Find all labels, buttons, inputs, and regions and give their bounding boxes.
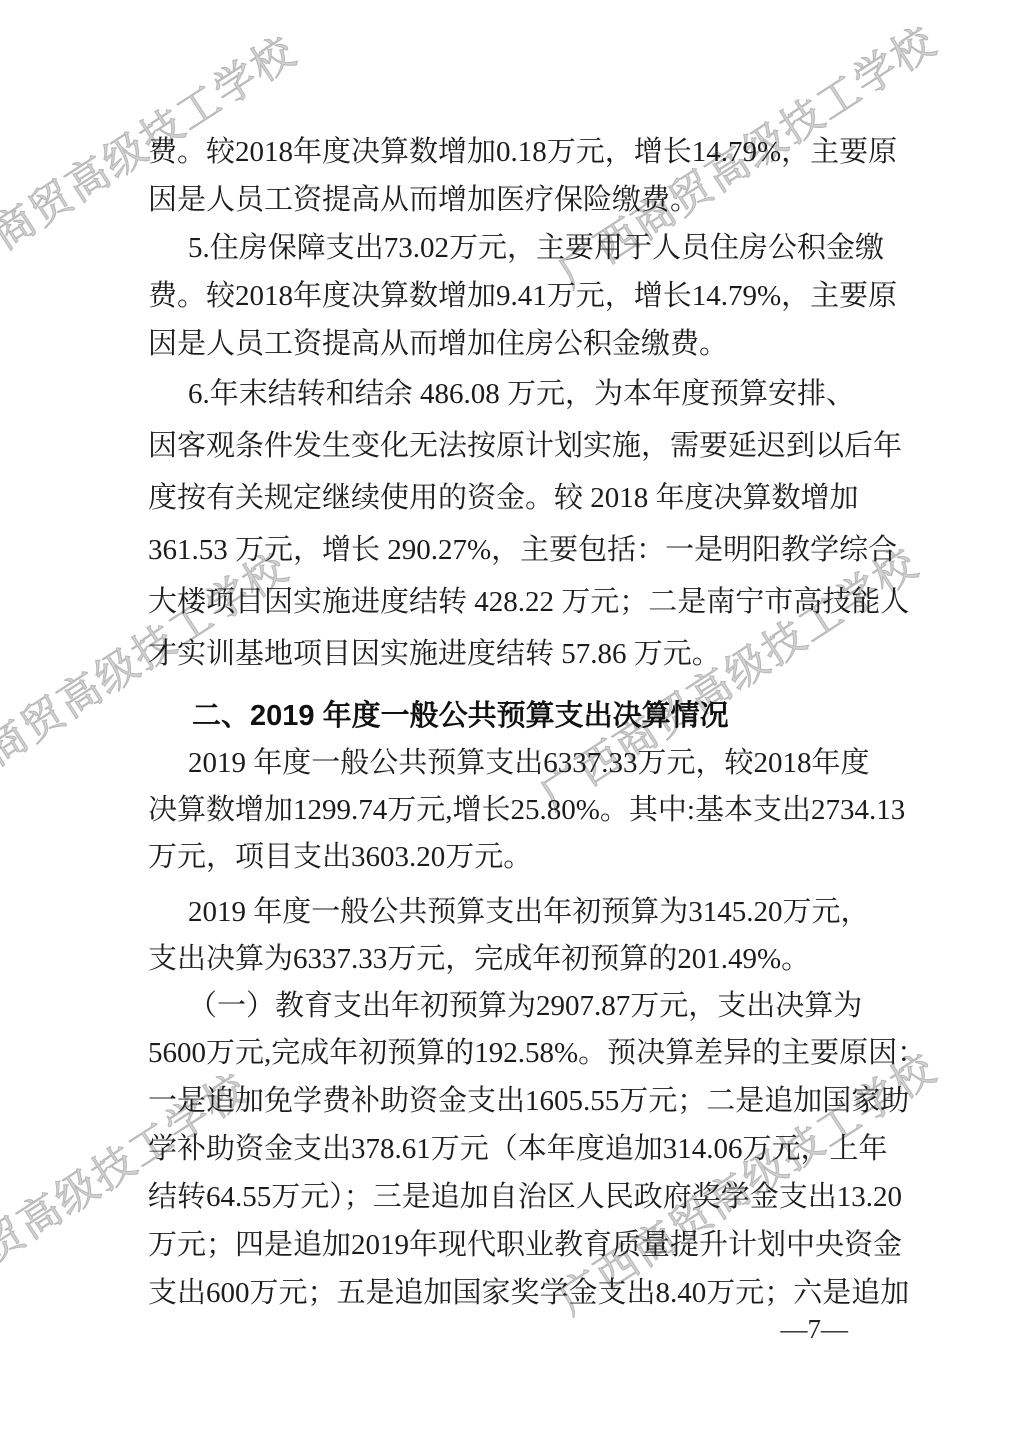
text-line: 2019 年度一般公共预算支出6337.33万元，较2018年度 [148,740,889,787]
text-line: 6.年末结转和结余 486.08 万元，为本年度预算安排、 [148,368,889,420]
text-line: 费。较2018年度决算数增加9.41万元，增长14.79%，主要原 [148,272,889,320]
text-line: （一）教育支出年初预算为2907.87万元，支出决算为 [148,983,889,1030]
text-line: 5600万元,完成年初预算的192.58%。预决算差异的主要原因： [148,1030,889,1077]
text-line: 支出决算为6337.33万元，完成年初预算的201.49%。 [148,936,889,983]
text-line: 万元；四是追加2019年现代职业教育质量提升计划中央资金 [148,1221,889,1269]
document-page: 广西商贸高级技工学校 广西商贸高级技工学校 广西商贸高级技工学校 广西商贸高级技… [0,0,1025,1449]
text-line: 361.53 万元，增长 290.27%，主要包括：一是明阳教学综合 [148,524,889,576]
page-number: —7— [781,1316,849,1343]
text-line: 因是人员工资提高从而增加医疗保险缴费。 [148,176,889,224]
text-line: 万元，项目支出3603.20万元。 [148,834,889,881]
section-heading: 二、2019 年度一般公共预算支出决算情况 [148,692,889,740]
text-line: 学补助资金支出378.61万元（本年度追加314.06万元，上年 [148,1125,889,1173]
text-line: 度按有关规定继续使用的资金。较 2018 年度决算数增加 [148,472,889,524]
text-line: 费。较2018年度决算数增加0.18万元，增长14.79%，主要原 [148,128,889,176]
text-line: 因客观条件发生变化无法按原计划实施，需要延迟到以后年 [148,420,889,472]
text-line: 因是人员工资提高从而增加住房公积金缴费。 [148,320,889,368]
text-line: 结转64.55万元）；三是追加自治区人民政府奖学金支出13.20 [148,1173,889,1221]
text-line: 才实训基地项目因实施进度结转 57.86 万元。 [148,628,889,680]
text-line: 支出600万元；五是追加国家奖学金支出8.40万元；六是追加 [148,1269,889,1317]
document-body: 费。较2018年度决算数增加0.18万元，增长14.79%，主要原 因是人员工资… [148,128,889,1317]
text-line: 大楼项目因实施进度结转 428.22 万元；二是南宁市高技能人 [148,576,889,628]
text-line: 一是追加免学费补助资金支出1605.55万元；二是追加国家助 [148,1077,889,1125]
text-line: 2019 年度一般公共预算支出年初预算为3145.20万元， [148,889,889,936]
text-line: 决算数增加1299.74万元,增长25.80%。其中:基本支出2734.13 [148,787,889,834]
text-line: 5.住房保障支出73.02万元，主要用于人员住房公积金缴 [148,224,889,272]
